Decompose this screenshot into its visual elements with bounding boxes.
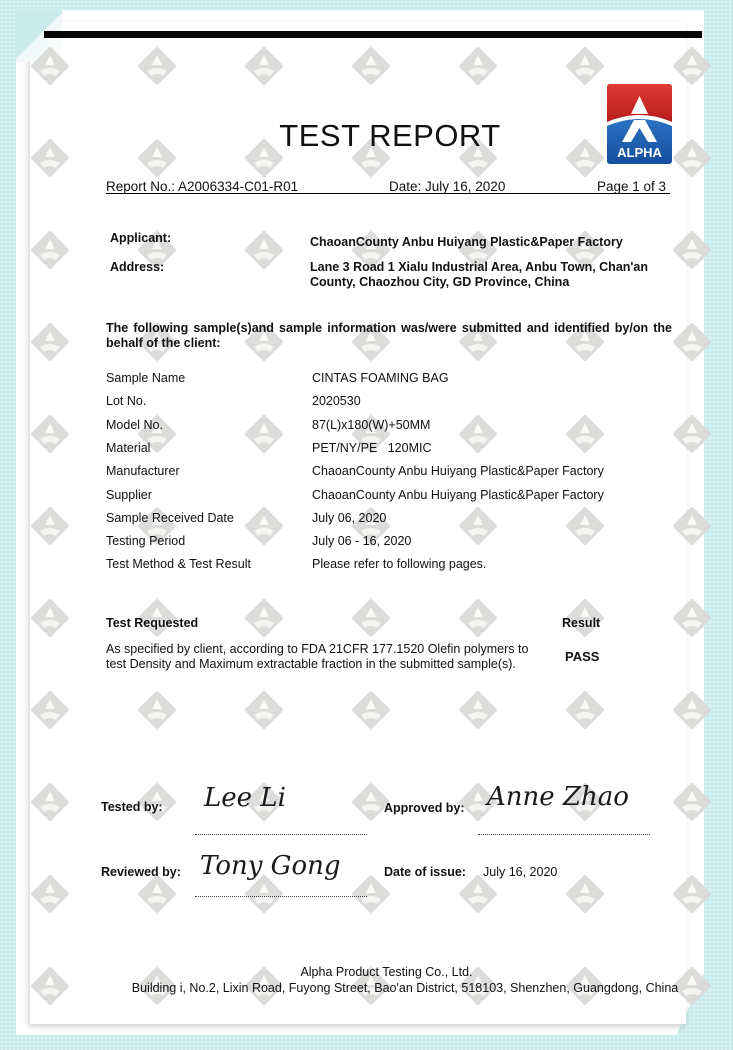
sample-value: ChaoanCounty Anbu Huiyang Plastic&Paper …: [312, 464, 604, 478]
report-number: Report No.: A2006334-C01-R01: [106, 179, 298, 194]
page-title: TEST REPORT: [0, 118, 733, 154]
date-of-issue-label: Date of issue:: [384, 865, 466, 879]
tested-by-label: Tested by:: [101, 800, 163, 814]
sample-label: Lot No.: [106, 394, 146, 408]
sample-value: CINTAS FOAMING BAG: [312, 371, 449, 385]
sample-label: Material: [106, 441, 150, 455]
test-description-line-2: test Density and Maximum extractable fra…: [106, 657, 516, 671]
footer-address: Building i, No.2, Lixin Road, Fuyong Str…: [25, 981, 733, 995]
address-label: Address:: [110, 260, 164, 274]
applicant-label: Applicant:: [110, 231, 171, 245]
sample-label: Manufacturer: [106, 464, 180, 478]
test-result: PASS: [565, 649, 599, 664]
sample-label: Supplier: [106, 488, 152, 502]
intro-line-1: The following sample(s)and sample inform…: [106, 321, 672, 335]
sample-value: July 06 - 16, 2020: [312, 534, 411, 548]
header-underline: [106, 193, 670, 194]
approved-by-signature: Anne Zhao: [487, 782, 629, 812]
sample-value: ChaoanCounty Anbu Huiyang Plastic&Paper …: [312, 488, 604, 502]
sample-label: Testing Period: [106, 534, 185, 548]
address-line-2: County, Chaozhou City, GD Province, Chin…: [310, 275, 569, 289]
address-line-1: Lane 3 Road 1 Xialu Industrial Area, Anb…: [310, 260, 648, 274]
applicant-value: ChaoanCounty Anbu Huiyang Plastic&Paper …: [310, 235, 623, 249]
sample-value: 2020530: [312, 394, 361, 408]
sample-label: Model No.: [106, 418, 163, 432]
sample-label: Sample Received Date: [106, 511, 234, 525]
page-indicator: Page 1 of 3: [597, 179, 666, 194]
result-header: Result: [562, 616, 600, 630]
reviewed-by-signature: Tony Gong: [200, 851, 341, 881]
tested-by-signature: Lee Li: [204, 783, 286, 813]
sample-value: PET/NY/PE 120MIC: [312, 441, 431, 455]
report-date: Date: July 16, 2020: [389, 179, 505, 194]
test-description-line-1: As specified by client, according to FDA…: [106, 642, 528, 656]
header-rule: [44, 31, 702, 38]
sample-label: Test Method & Test Result: [106, 557, 251, 571]
test-requested-header: Test Requested: [106, 616, 198, 630]
tested-by-signature-line: [195, 834, 367, 835]
approved-by-label: Approved by:: [384, 801, 465, 815]
sample-value: Please refer to following pages.: [312, 557, 486, 571]
sample-value: July 06, 2020: [312, 511, 386, 525]
reviewed-by-signature-line: [195, 896, 367, 897]
approved-by-signature-line: [478, 834, 650, 835]
footer-company: Alpha Product Testing Co., Ltd.: [0, 965, 733, 979]
sample-label: Sample Name: [106, 371, 185, 385]
intro-line-2: behalf of the client:: [106, 336, 221, 350]
reviewed-by-label: Reviewed by:: [101, 865, 181, 879]
sample-value: 87(L)x180(W)+50MM: [312, 418, 430, 432]
date-of-issue-value: July 16, 2020: [483, 865, 557, 879]
